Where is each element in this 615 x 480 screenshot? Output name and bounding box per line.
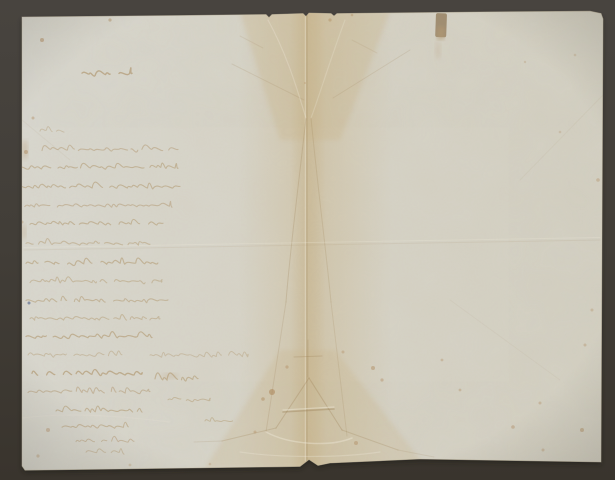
vignette-overlay — [0, 0, 615, 480]
scan-canvas — [0, 0, 615, 480]
scanned-document — [0, 0, 615, 480]
scan-vignette — [0, 0, 615, 480]
